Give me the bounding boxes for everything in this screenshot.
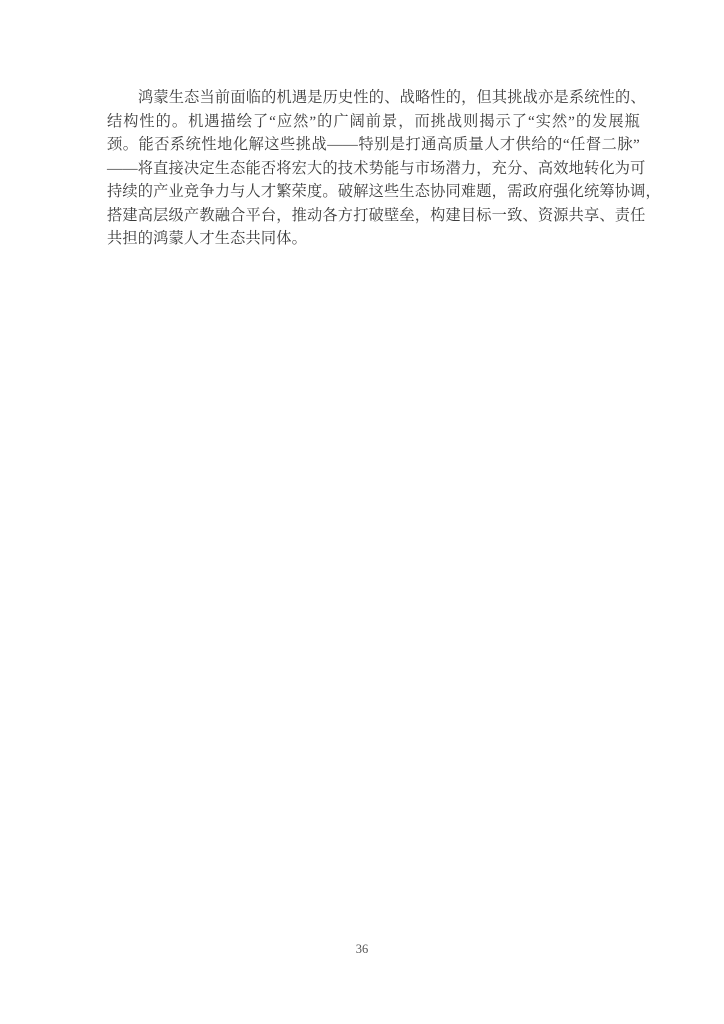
paragraph-line: 颈。能否系统性地化解这些挑战——特别是打通高质量人才供给的“任督二脉” [107,133,640,157]
paragraph-line: 鸿蒙生态当前面临的机遇是历史性的、战略性的，但其挑战亦是系统性的、 [107,86,640,110]
paragraph-line: ——将直接决定生态能否将宏大的技术势能与市场潜力，充分、高效地转化为可 [107,157,640,181]
body-paragraph: 鸿蒙生态当前面临的机遇是历史性的、战略性的，但其挑战亦是系统性的、 结构性的。机… [107,86,640,251]
page-footer: 36 [0,940,724,958]
document-page: 鸿蒙生态当前面临的机遇是历史性的、战略性的，但其挑战亦是系统性的、 结构性的。机… [0,0,724,1024]
paragraph-line: 结构性的。机遇描绘了“应然”的广阔前景，而挑战则揭示了“实然”的发展瓶 [107,110,640,134]
paragraph-line: 持续的产业竞争力与人才繁荣度。破解这些生态协同难题，需政府强化统筹协调， [107,180,640,204]
page-number: 36 [356,942,369,957]
paragraph-line: 搭建高层级产教融合平台，推动各方打破壁垒，构建目标一致、资源共享、责任 [107,204,640,228]
paragraph-line: 共担的鸿蒙人才生态共同体。 [107,227,640,251]
